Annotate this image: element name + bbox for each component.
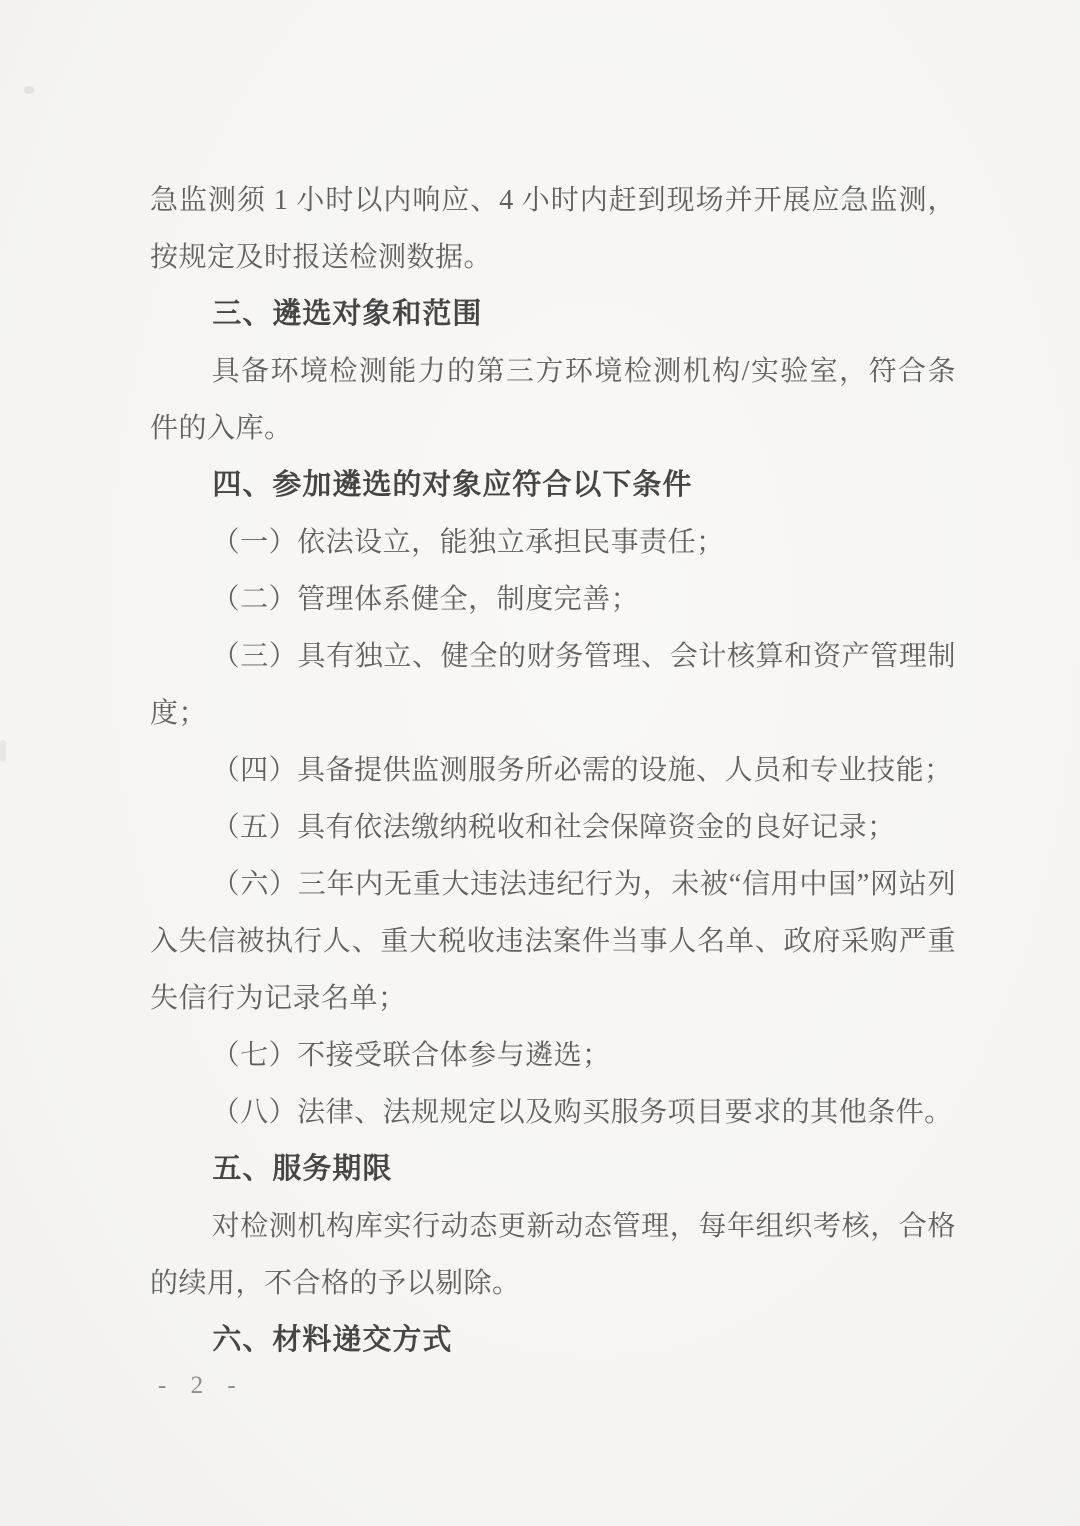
condition-item-7: （七）不接受联合体参与遴选； — [150, 1027, 956, 1084]
condition-item-8: （八）法律、法规规定以及购买服务项目要求的其他条件。 — [150, 1084, 956, 1141]
heading-section-3: 三、遴选对象和范围 — [150, 286, 956, 343]
condition-item-5: （五）具有依法缴纳税收和社会保障资金的良好记录； — [150, 799, 956, 856]
document-body: 急监测须 1 小时以内响应、4 小时内赶到现场并开展应急监测，按规定及时报送检测… — [150, 172, 956, 1369]
condition-item-4: （四）具备提供监测服务所必需的设施、人员和专业技能； — [150, 742, 956, 799]
scan-speck — [24, 86, 34, 94]
heading-section-4: 四、参加遴选的对象应符合以下条件 — [150, 457, 956, 514]
heading-section-6: 六、材料递交方式 — [150, 1312, 956, 1369]
heading-section-5: 五、服务期限 — [150, 1141, 956, 1198]
condition-item-6: （六）三年内无重大违法违纪行为，未被“信用中国”网站列入失信被执行人、重大税收违… — [150, 856, 956, 1027]
scan-speck — [0, 740, 6, 762]
paragraph-scope: 具备环境检测能力的第三方环境检测机构/实验室，符合条件的入库。 — [150, 343, 956, 457]
page-number: - 2 - — [158, 1372, 245, 1400]
condition-item-1: （一）依法设立，能独立承担民事责任； — [150, 514, 956, 571]
condition-item-3: （三）具有独立、健全的财务管理、会计核算和资产管理制度； — [150, 628, 956, 742]
condition-item-2: （二）管理体系健全，制度完善； — [150, 571, 956, 628]
continued-paragraph: 急监测须 1 小时以内响应、4 小时内赶到现场并开展应急监测，按规定及时报送检测… — [150, 172, 956, 286]
paragraph-service-term: 对检测机构库实行动态更新动态管理，每年组织考核，合格的续用，不合格的予以剔除。 — [150, 1198, 956, 1312]
document-page: 急监测须 1 小时以内响应、4 小时内赶到现场并开展应急监测，按规定及时报送检测… — [0, 0, 1080, 1526]
